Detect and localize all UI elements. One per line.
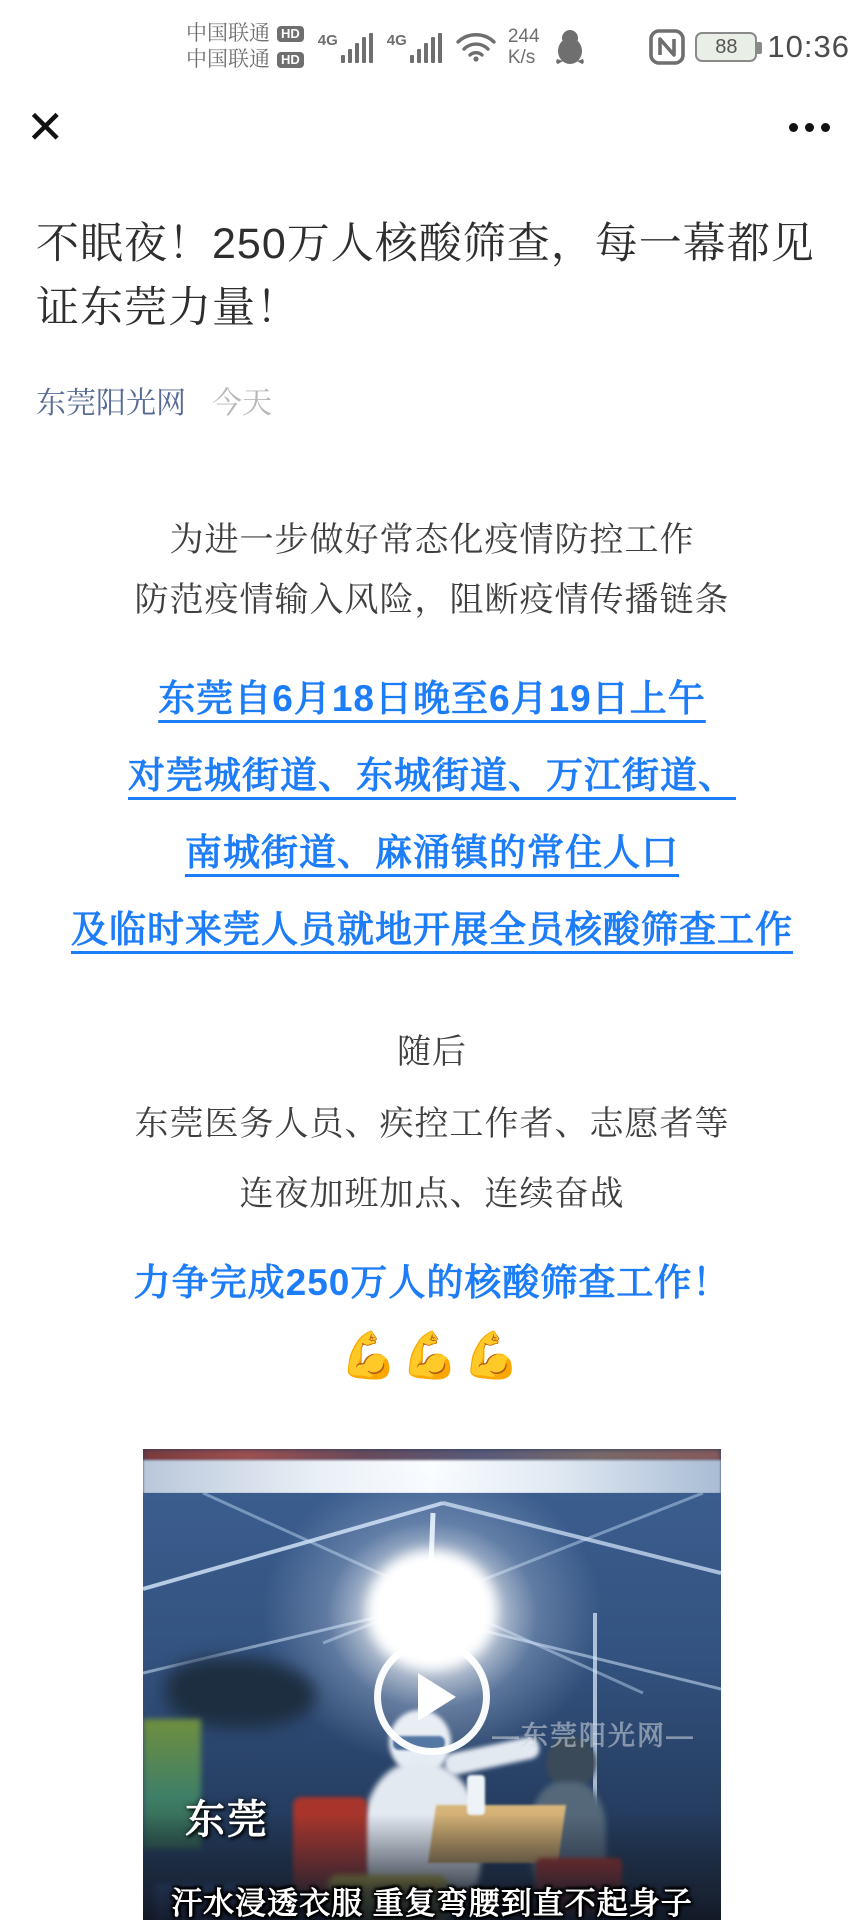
wifi-icon (456, 30, 496, 62)
close-button[interactable]: ✕ (26, 104, 65, 150)
article-meta: 东莞阳光网 今天 (36, 378, 828, 422)
clock: 10:36 (767, 29, 850, 65)
video-caption: 汗水浸透衣服 重复弯腰到直不起身子 (143, 1878, 721, 1920)
network-type-sim1: 4G (318, 32, 338, 49)
play-icon (418, 1673, 456, 1721)
carrier-block: 中国联通 HD 中国联通 HD (186, 22, 304, 72)
highlight-link-block: 东莞自6月18日晚至6月19日上午 对莞城街道、东城街道、万江街道、 南城街道、… (36, 660, 828, 968)
more-menu-button[interactable] (789, 113, 830, 142)
signal-bars-icon (341, 33, 373, 63)
speed-unit: K/s (508, 47, 535, 68)
sanitizer-bottle (467, 1775, 485, 1815)
video-player[interactable]: —东莞阳光网— 东莞 汗水浸透衣服 重复弯腰到直不起身子 (143, 1449, 721, 1920)
muscle-emoji-line: 💪💪💪 (36, 1328, 828, 1383)
network-type-sim2: 4G (387, 32, 407, 49)
body-line: 随后 (36, 1030, 828, 1074)
video-thumbnail-scene: —东莞阳光网— 东莞 汗水浸透衣服 重复弯腰到直不起身子 (143, 1493, 721, 1920)
hd-badge-sim2: HD (277, 52, 304, 68)
signal-bars-icon (410, 33, 442, 63)
qq-notification-icon (554, 29, 586, 65)
article-source-link[interactable]: 东莞阳光网 (36, 378, 186, 422)
highlight-line: 力争完成250万人的核酸筛查工作！ (36, 1252, 828, 1306)
speed-value: 244 (508, 26, 540, 47)
article-link[interactable]: 及临时来莞人员就地开展全员核酸筛查工作 (36, 891, 828, 968)
carrier-row-sim2: 中国联通 HD (186, 48, 304, 72)
location-badge: 东莞 (185, 1788, 269, 1845)
signal-sim1: 4G (318, 32, 373, 63)
article-nav-bar: ✕ (0, 88, 864, 166)
video-watermark: —东莞阳光网— (492, 1714, 695, 1753)
article-body: 为进一步做好常态化疫情防控工作 防范疫情输入风险，阻断疫情传播链条 东莞自6月1… (36, 518, 828, 1920)
statusbar-right: 88 10:36 (649, 29, 850, 65)
carrier-row-sim1: 中国联通 HD (186, 22, 304, 46)
battery-indicator: 88 (695, 32, 757, 62)
status-bar: 中国联通 HD 中国联通 HD 4G 4G 244 K/s (0, 0, 864, 88)
nfc-icon (649, 29, 685, 65)
article-link[interactable]: 对莞城街道、东城街道、万江街道、 (36, 737, 828, 814)
article-link[interactable]: 南城街道、麻涌镇的常住人口 (36, 814, 828, 891)
battery-level: 88 (715, 36, 737, 59)
intro-line: 为进一步做好常态化疫情防控工作 (36, 518, 828, 562)
article-page: 不眠夜！250万人核酸筛查，每一幕都见证东莞力量！ 东莞阳光网 今天 为进一步做… (0, 212, 864, 1920)
intro-line: 防范疫情输入风险，阻断疫情传播链条 (36, 578, 828, 622)
network-speed: 244 K/s (508, 26, 540, 68)
carrier-name-sim2: 中国联通 (186, 48, 270, 72)
article-link[interactable]: 东莞自6月18日晚至6月19日上午 (36, 660, 828, 737)
article-title: 不眠夜！250万人核酸筛查，每一幕都见证东莞力量！ (36, 212, 828, 340)
play-button[interactable] (374, 1639, 490, 1755)
carrier-name-sim1: 中国联通 (186, 22, 270, 46)
signal-sim2: 4G (387, 32, 442, 63)
body-line: 东莞医务人员、疾控工作者、志愿者等 (36, 1102, 828, 1146)
hd-badge-sim1: HD (277, 26, 304, 42)
body-line: 连夜加班加点、连续奋战 (36, 1172, 828, 1216)
article-date: 今天 (212, 378, 272, 422)
